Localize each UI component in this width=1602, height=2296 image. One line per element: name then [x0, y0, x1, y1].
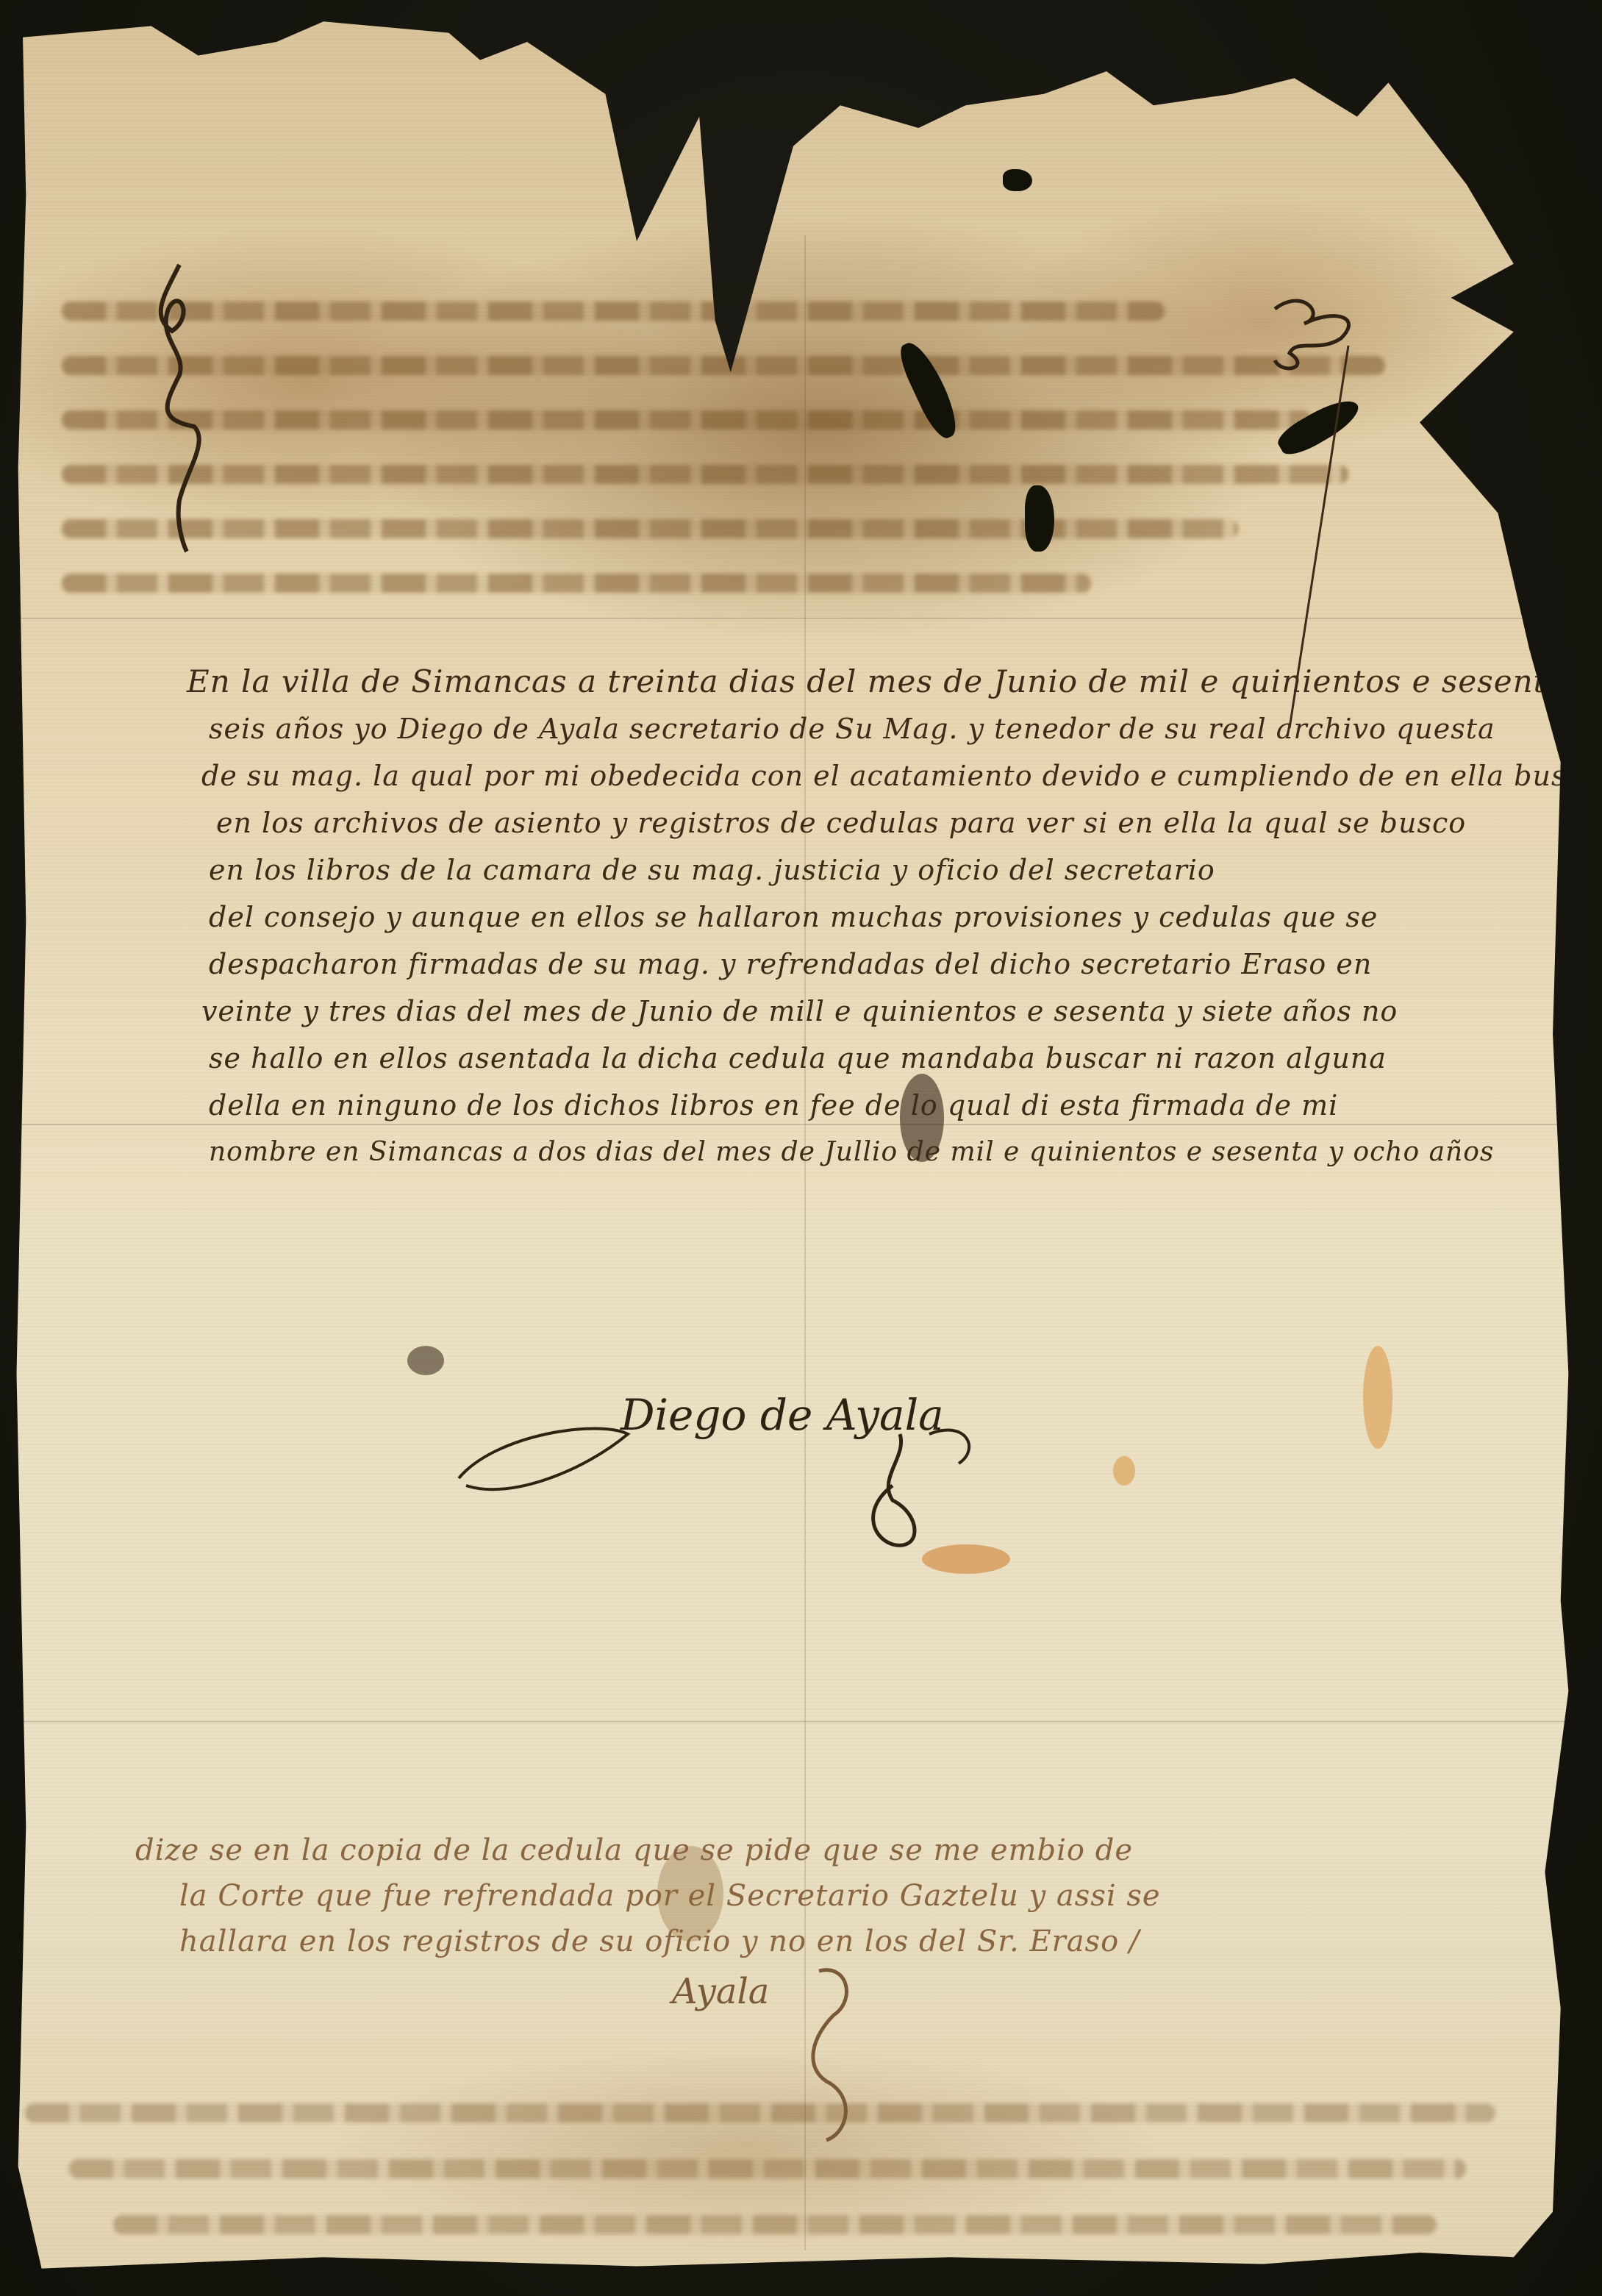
- text-line: se hallo en ellos asentada la dicha cedu…: [187, 1035, 1584, 1082]
- manuscript-page: En la villa de Simancas a treinta dias d…: [10, 15, 1576, 2280]
- text-line: della en ninguno de los dichos libros en…: [187, 1082, 1584, 1129]
- note-line: dize se en la copia de la cedula que se …: [135, 1828, 1532, 1873]
- text-line: en los archivos de asiento y registros d…: [187, 799, 1584, 846]
- paper-hole: [1003, 169, 1032, 191]
- text-line: nombre en Simancas a dos dias del mes de…: [187, 1129, 1584, 1176]
- text-line: del consejo y aunque en ellos se hallaro…: [187, 894, 1584, 941]
- text-line: despacharon firmadas de su mag. y refren…: [187, 941, 1584, 988]
- ink-blot: [407, 1346, 444, 1375]
- note-signature-ayala: Ayala: [672, 1971, 769, 2012]
- main-text-block: En la villa de Simancas a treinta dias d…: [187, 658, 1584, 1176]
- bleed-through-text-bottom: [25, 2103, 1532, 2270]
- paper-hole: [1025, 485, 1054, 552]
- text-line: veinte y tres dias del mes de Junio de m…: [187, 988, 1584, 1035]
- note-line: la Corte que fue refrendada por el Secre…: [135, 1873, 1532, 1919]
- horizontal-fold: [10, 1721, 1576, 1723]
- rust-stain: [1113, 1456, 1135, 1486]
- bleed-through-text-top: [62, 302, 1459, 628]
- signature-flourish-icon: [451, 1390, 1010, 1566]
- text-line: en los libros de la camara de su mag. ju…: [187, 846, 1584, 894]
- rust-stain: [1363, 1346, 1392, 1449]
- paragraph-mark-icon: [135, 250, 224, 559]
- cross-mark-icon: [1260, 287, 1378, 375]
- text-line: seis años yo Diego de Ayala secretario d…: [187, 705, 1584, 752]
- note-rubric-icon: [790, 1956, 878, 2147]
- marginal-note-block: dize se en la copia de la cedula que se …: [135, 1828, 1532, 1964]
- text-line: de su mag. la qual por mi obedecida con …: [187, 752, 1584, 799]
- text-line: En la villa de Simancas a treinta dias d…: [187, 658, 1584, 705]
